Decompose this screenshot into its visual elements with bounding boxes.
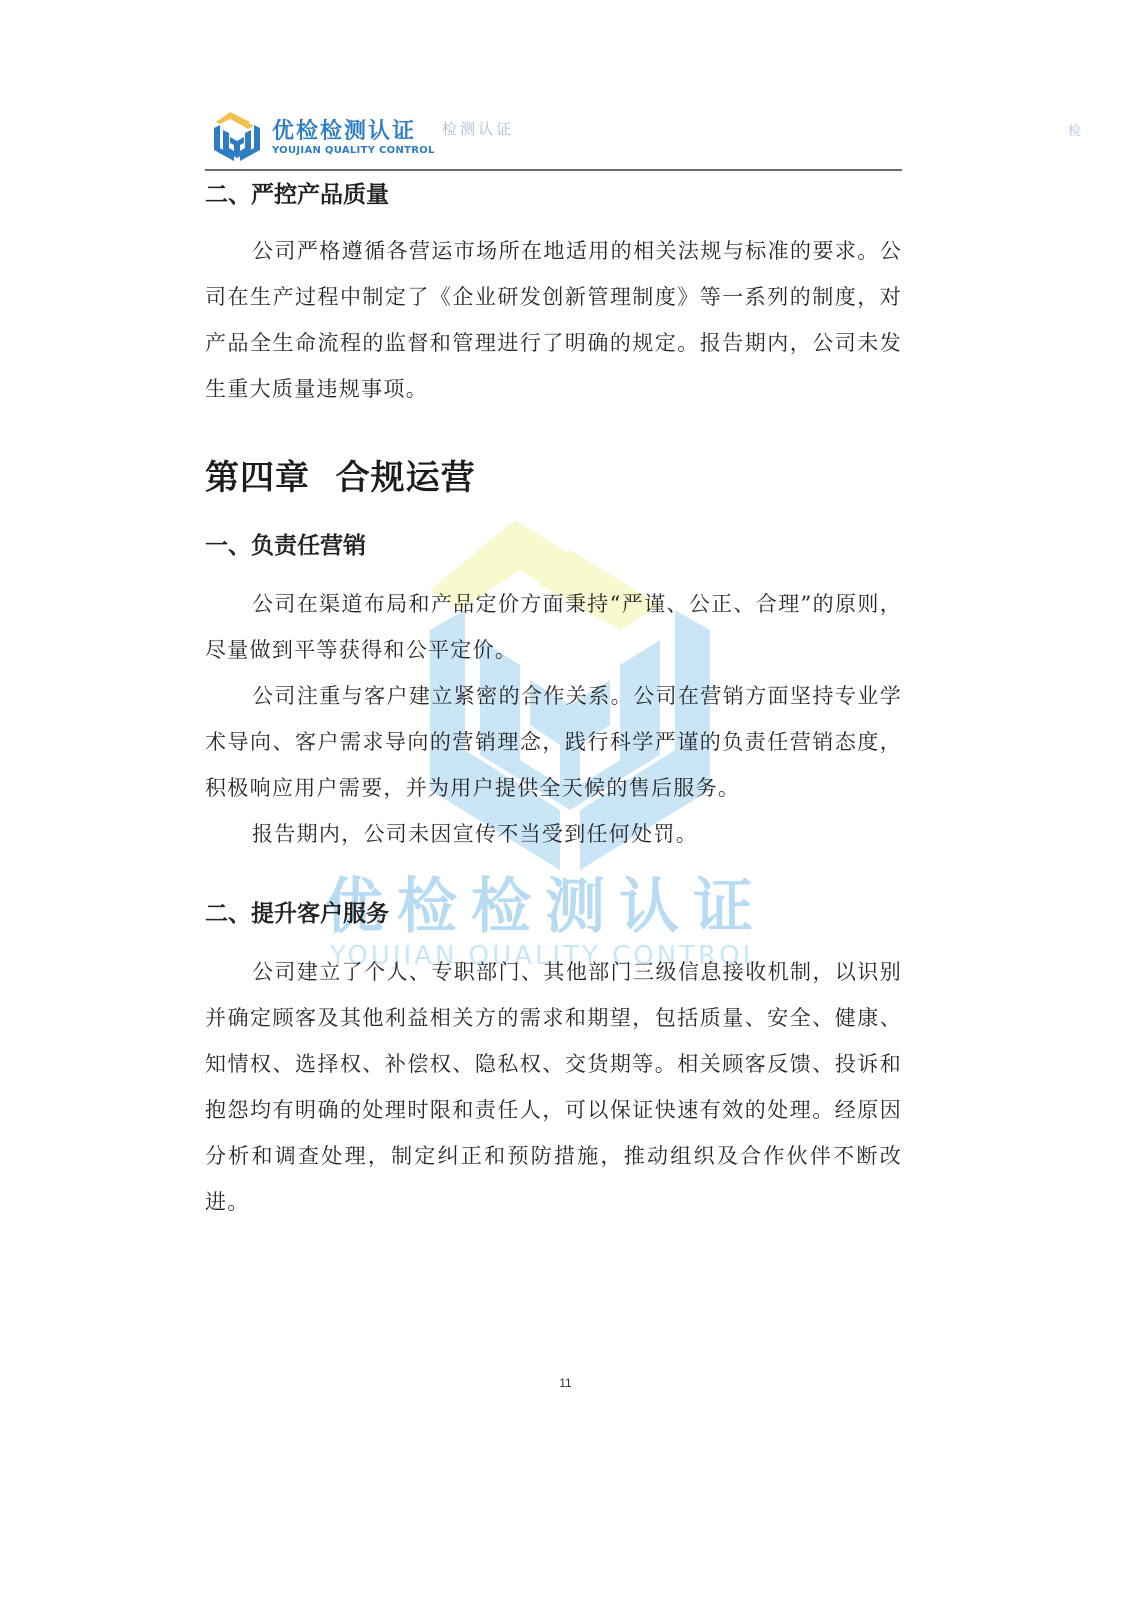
chapter-title: 第四章 合规运营 [205,450,902,499]
section-heading-marketing: 一、负责任营销 [205,527,902,560]
brand-name-cn: 优检检测认证 [272,114,416,145]
document-body: 二、严控产品质量 公司严格遵循各营运市场所在地适用的相关法规与标准的要求。公司在… [205,172,902,1225]
page-header: 优检检测认证 YOUJIAN QUALITY CONTROL 检测认证 [210,108,910,168]
document-page: 优检检测认证 YOUJIAN QUALITY CONTROL 优检检测认证 YO… [0,0,1131,1600]
faded-stamp-text: 检测认证 [442,118,514,139]
section-heading-service: 二、提升客户服务 [205,895,902,928]
header-divider [205,169,902,171]
paragraph-marketing-1: 公司在渠道布局和产品定价方面秉持“严谨、公正、合理”的原则，尽量做到平等获得和公… [205,581,902,673]
paragraph-service: 公司建立了个人、专职部门、其他部门三级信息接收机制，以识别并确定顾客及其他利益相… [205,949,902,1225]
paragraph-marketing-2: 公司注重与客户建立紧密的合作关系。公司在营销方面坚持专业学术导向、客户需求导向的… [205,673,902,811]
paragraph-quality: 公司严格遵循各营运市场所在地适用的相关法规与标准的要求。公司在生产过程中制定了《… [205,228,902,412]
section-heading-quality: 二、严控产品质量 [205,176,902,209]
brand-name-en: YOUJIAN QUALITY CONTROL [272,145,435,156]
page-number: 11 [0,1376,1131,1390]
corner-stamp-mark: 检 [1068,120,1081,139]
company-logo-icon [212,110,262,162]
paragraph-marketing-3: 报告期内，公司未因宣传不当受到任何处罚。 [205,811,902,857]
